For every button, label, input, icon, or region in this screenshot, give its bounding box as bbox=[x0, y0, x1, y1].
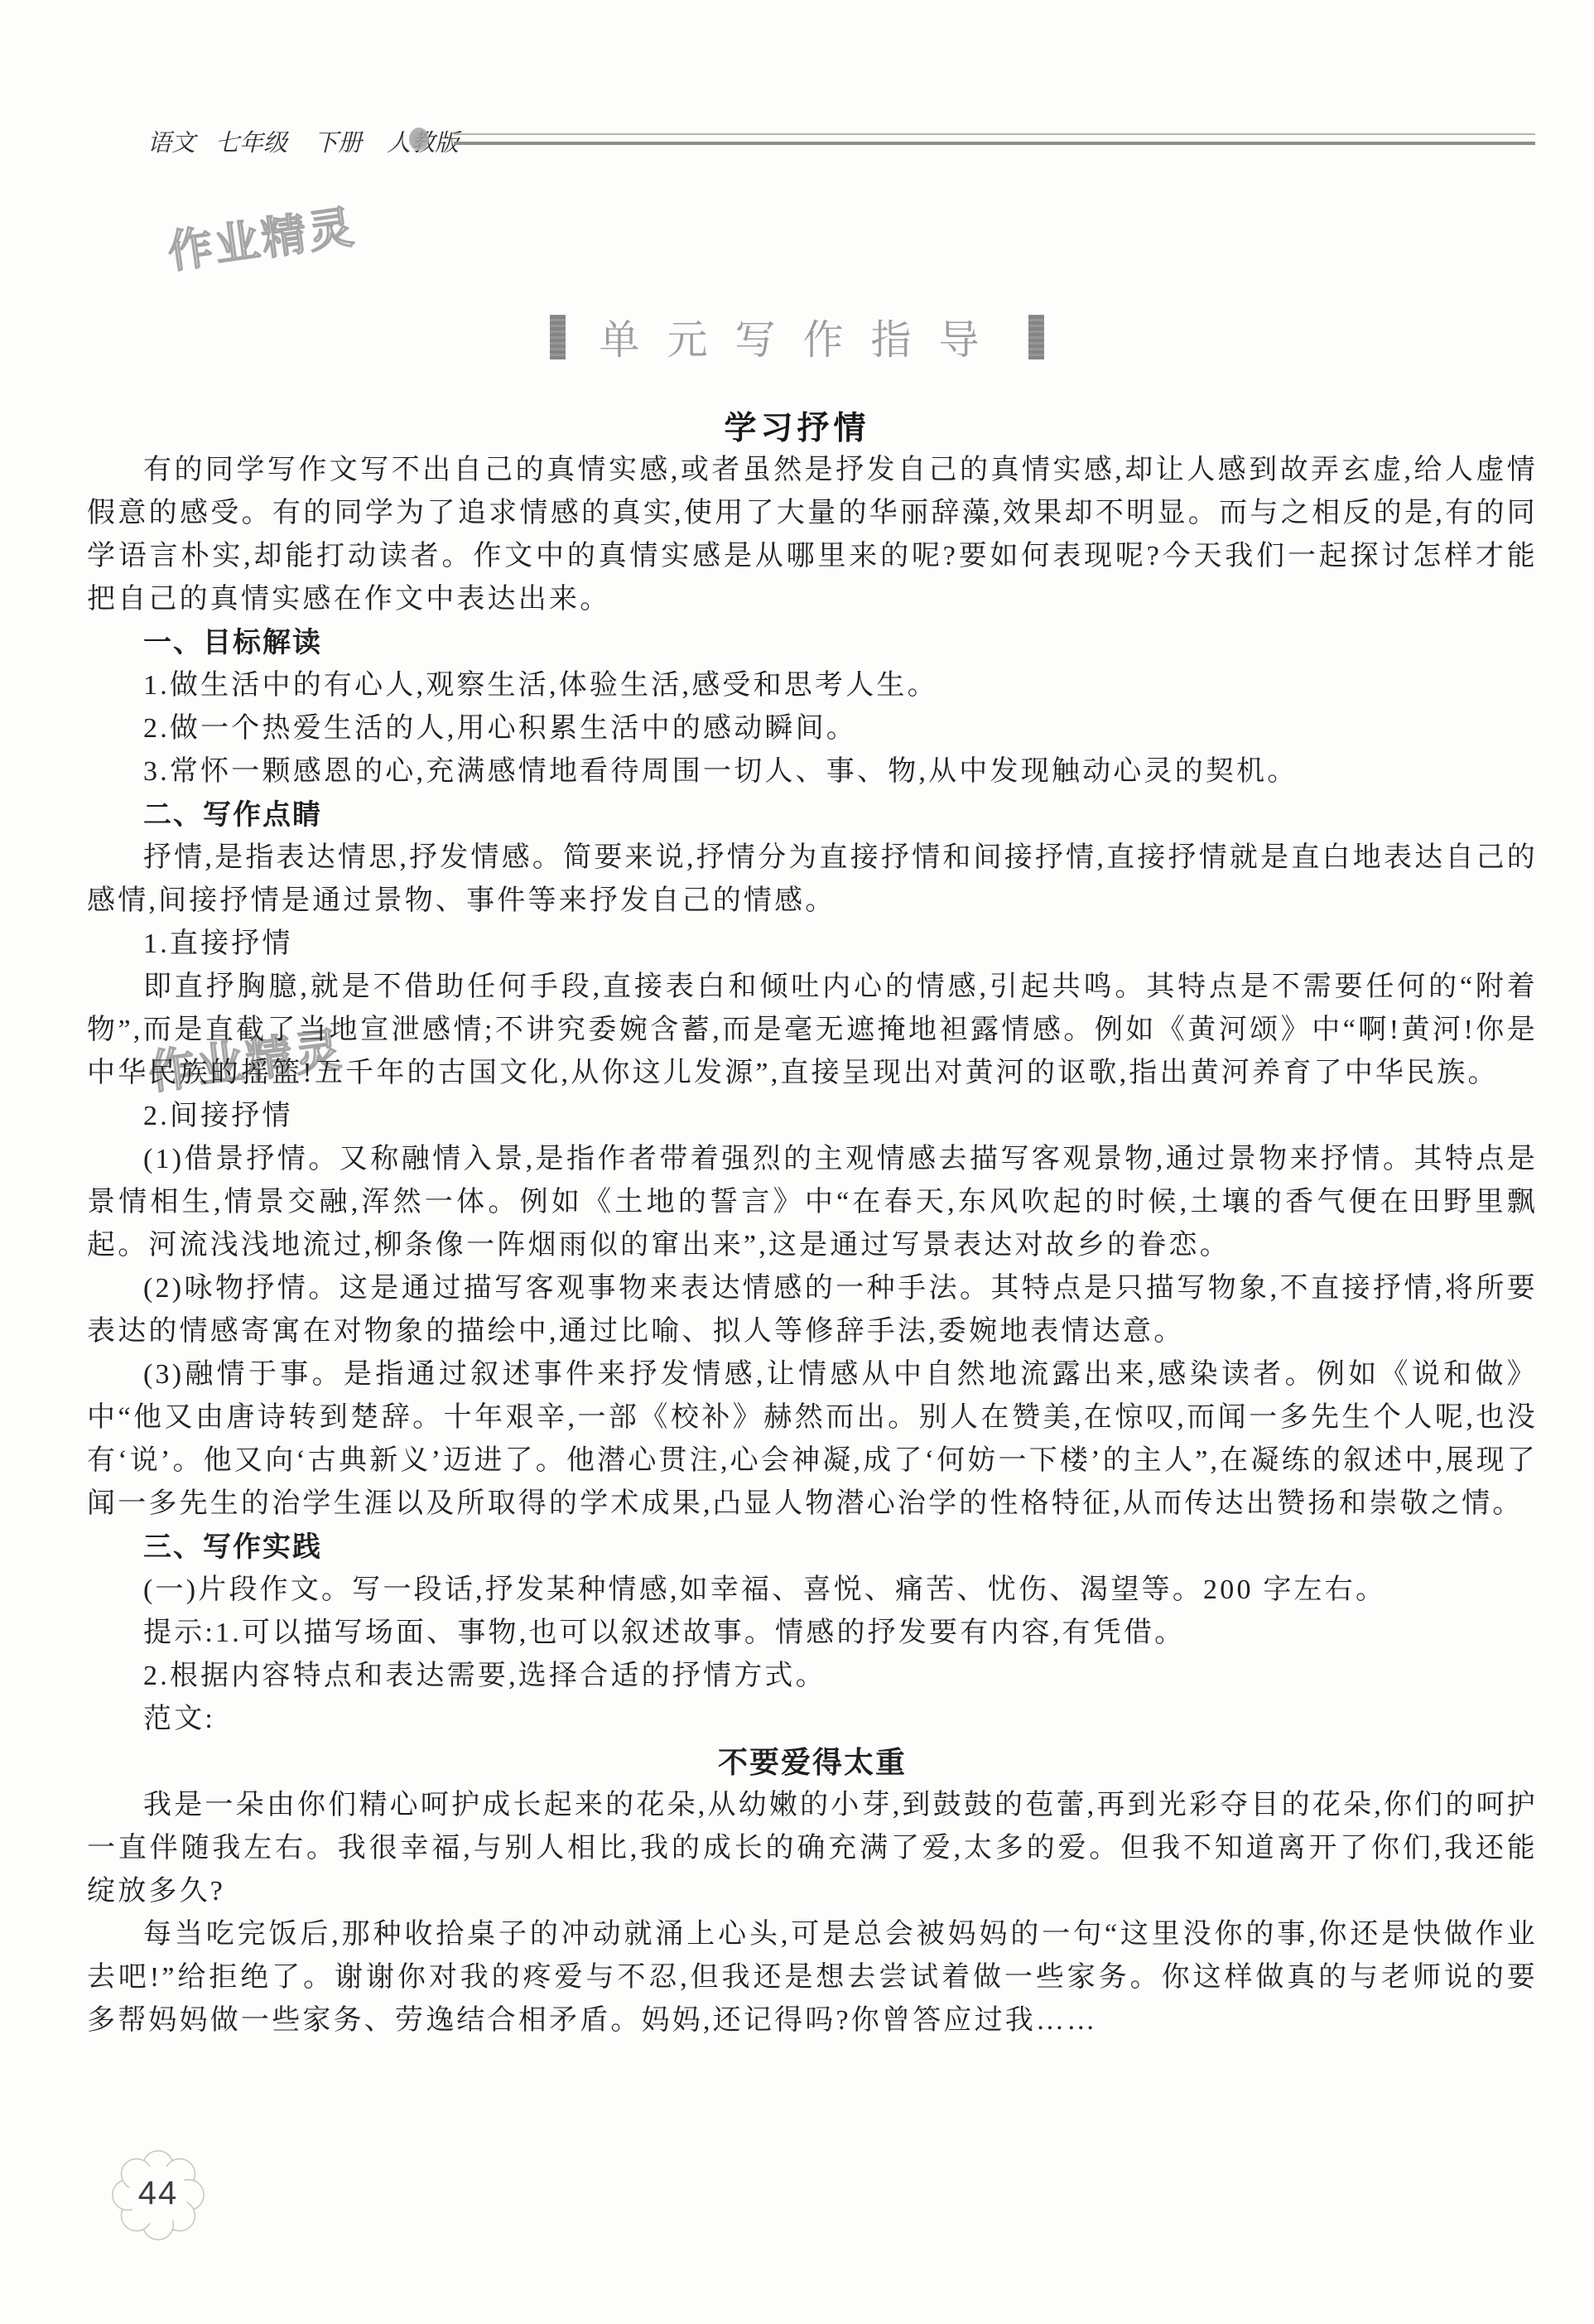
header-volume-label: 下册 bbox=[314, 124, 362, 158]
section-heading-goals: 一、目标解读 bbox=[87, 621, 1538, 664]
watermark-top: 作业精灵 bbox=[161, 190, 383, 286]
paragraph-sample-label: 范文: bbox=[87, 1698, 1538, 1741]
sample-essay-paragraph-1: 我是一朵由你们精心呵护成长起来的花朵,从幼嫩的小芽,到鼓鼓的苞蕾,再到光彩夺目的… bbox=[87, 1784, 1538, 1913]
goal-item-1: 1.做生活中的有心人,观察生活,体验生活,感受和思考人生。 bbox=[87, 664, 1538, 707]
paragraph-event-lyric: (3)融情于事。是指通过叙述事件来抒发情感,让情感从中自然地流露出来,感染读者。… bbox=[87, 1353, 1538, 1526]
lesson-title: 学习抒情 bbox=[0, 403, 1594, 449]
unit-title-banner: 单元写作指导 bbox=[0, 308, 1594, 366]
document-body: 有的同学写作文写不出自己的真情实感,或者虽然是抒发自己的真情实感,却让人感到故弄… bbox=[87, 449, 1538, 2042]
banner-left-bar-icon bbox=[550, 315, 566, 359]
header-grade-label: 七年级 bbox=[215, 124, 287, 158]
subheading-indirect-lyric: 2.间接抒情 bbox=[87, 1095, 1538, 1138]
paragraph-lyric-overview: 抒情,是指表达情思,抒发情感。简要来说,抒情分为直接抒情和间接抒情,直接抒情就是… bbox=[87, 837, 1538, 923]
paragraph-practice-task: (一)片段作文。写一段话,抒发某种情感,如幸福、喜悦、痛苦、忧伤、渴望等。200… bbox=[87, 1569, 1538, 1612]
paragraph-hint-1: 提示:1.可以描写场面、事物,也可以叙述故事。情感的抒发要有内容,有凭借。 bbox=[87, 1612, 1538, 1655]
goal-item-3: 3.常怀一颗感恩的心,充满感情地看待周围一切人、事、物,从中发现触动心灵的契机。 bbox=[87, 750, 1538, 793]
page-number: 44 bbox=[110, 2148, 206, 2238]
paragraph-intro: 有的同学写作文写不出自己的真情实感,或者虽然是抒发自己的真情实感,却让人感到故弄… bbox=[87, 449, 1538, 621]
sample-essay-title: 不要爱得太重 bbox=[87, 1741, 1538, 1784]
header-rule-thick bbox=[454, 142, 1535, 145]
unit-title: 单元写作指导 bbox=[587, 308, 1006, 366]
header-dot-icon bbox=[409, 128, 429, 151]
paragraph-hint-2: 2.根据内容特点和表达需要,选择合适的抒情方式。 bbox=[87, 1655, 1538, 1698]
watermark-top-text: 作业精灵 bbox=[165, 202, 359, 277]
section-heading-tips: 二、写作点睛 bbox=[87, 793, 1538, 837]
paragraph-scenery-lyric: (1)借景抒情。又称融情入景,是指作者带着强烈的主观情感去描写客观景物,通过景物… bbox=[87, 1138, 1538, 1267]
banner-right-bar-icon bbox=[1028, 315, 1044, 359]
page-number-badge: 44 bbox=[110, 2148, 206, 2244]
goal-item-2: 2.做一个热爱生活的人,用心积累生活中的感动瞬间。 bbox=[87, 707, 1538, 750]
section-heading-practice: 三、写作实践 bbox=[87, 1526, 1538, 1569]
header-rule-thin bbox=[454, 133, 1535, 135]
paragraph-direct-lyric: 即直抒胸臆,就是不借助任何手段,直接表白和倾吐内心的情感,引起共鸣。其特点是不需… bbox=[87, 966, 1538, 1095]
header-course-label: 语文 bbox=[147, 124, 195, 158]
paragraph-object-lyric: (2)咏物抒情。这是通过描写客观事物来表达情感的一种手法。其特点是只描写物象,不… bbox=[87, 1267, 1538, 1353]
sample-essay-paragraph-2: 每当吃完饭后,那种收拾桌子的冲动就涌上心头,可是总会被妈妈的一句“这里没你的事,… bbox=[87, 1913, 1538, 2042]
page-root: 语文 七年级 下册 人教版 作业精灵 单元写作指导 学习抒情 作业精灵 有的同学… bbox=[0, 0, 1594, 2324]
subheading-direct-lyric: 1.直接抒情 bbox=[87, 923, 1538, 966]
